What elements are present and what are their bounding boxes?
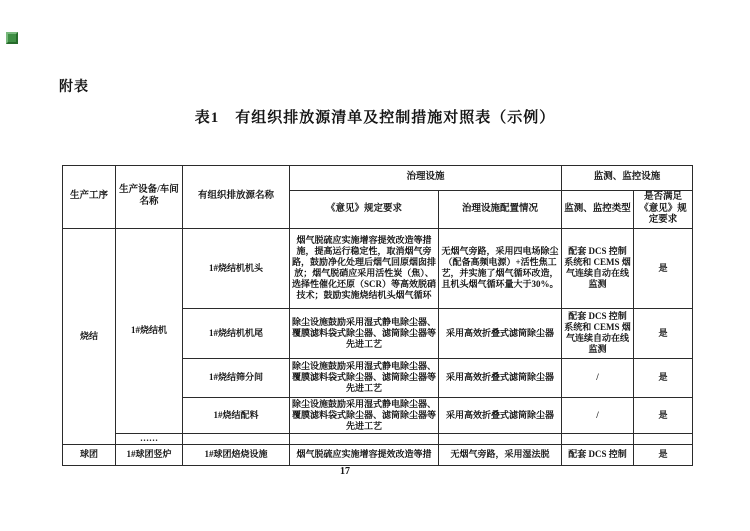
cell-monitor: 配套 DCS 控制系统和 CEMS 烟气连续自动在线监测 <box>562 308 634 358</box>
cell-meet: 是 <box>634 397 693 433</box>
cell-requirement: 除尘设施鼓励采用湿式静电除尘器、覆膜滤料袋式除尘器、滤筒除尘器等先进工艺 <box>290 308 439 358</box>
header-monitor-type: 监测、监控类型 <box>562 191 634 229</box>
emission-source-table: 生产工序 生产设备/车间名称 有组织排放源名称 治理设施 监测、监控设施 《意见… <box>62 165 693 466</box>
table-row: 烧结 1#烧结机 1#烧结机机头 烟气脱硫应实施增容提效改造等措施，提高运行稳定… <box>63 228 693 308</box>
cell-requirement: 烟气脱硫应实施增容提效改造等措 <box>290 444 439 465</box>
cell-requirement: 除尘设施鼓励采用湿式静电除尘器、覆膜滤料袋式除尘器、滤筒除尘器等先进工艺 <box>290 358 439 397</box>
table-row: …… <box>63 433 693 444</box>
header-source: 有组织排放源名称 <box>183 166 290 229</box>
cell-meet: 是 <box>634 228 693 308</box>
cell-config: 采用高效折叠式滤筒除尘器 <box>439 308 562 358</box>
cell-process-pellet: 球团 <box>63 444 116 465</box>
cell-requirement: 烟气脱硫应实施增容提效改造等措施，提高运行稳定性，取消烟气旁路，鼓励净化处理后烟… <box>290 228 439 308</box>
header-requirement: 《意见》规定要求 <box>290 191 439 229</box>
cell-source: 1#烧结筛分间 <box>183 358 290 397</box>
cell-source: 1#烧结机机尾 <box>183 308 290 358</box>
header-group-monitoring: 监测、监控设施 <box>562 166 693 191</box>
cell-monitor-empty <box>562 433 634 444</box>
green-marker <box>6 32 18 44</box>
cell-equipment-ellipsis: …… <box>116 433 183 444</box>
cell-source: 1#烧结配料 <box>183 397 290 433</box>
cell-requirement-empty <box>290 433 439 444</box>
appendix-label: 附表 <box>59 76 89 96</box>
cell-source: 1#烧结机机头 <box>183 228 290 308</box>
header-meet: 是否满足《意见》规定要求 <box>634 191 693 229</box>
cell-config: 无烟气旁路，采用湿法脱 <box>439 444 562 465</box>
cell-monitor: 配套 DCS 控制 <box>562 444 634 465</box>
cell-config: 无烟气旁路，采用四电场除尘（配备高频电源）+活性焦工艺，并实施了烟气循环改造，且… <box>439 228 562 308</box>
cell-process-sinter: 烧结 <box>63 228 116 444</box>
header-group-treatment: 治理设施 <box>290 166 562 191</box>
cell-source: 1#球团焙烧设施 <box>183 444 290 465</box>
cell-config-empty <box>439 433 562 444</box>
cell-meet: 是 <box>634 358 693 397</box>
cell-source-empty <box>183 433 290 444</box>
cell-meet: 是 <box>634 444 693 465</box>
table-title: 表1 有组织排放源清单及控制措施对照表（示例） <box>0 106 750 127</box>
cell-meet: 是 <box>634 308 693 358</box>
header-config: 治理设施配置情况 <box>439 191 562 229</box>
header-equipment: 生产设备/车间名称 <box>116 166 183 229</box>
cell-monitor: / <box>562 358 634 397</box>
header-process: 生产工序 <box>63 166 116 229</box>
cell-config: 采用高效折叠式滤筒除尘器 <box>439 358 562 397</box>
cell-equipment-sinter-machine: 1#烧结机 <box>116 228 183 433</box>
page-number: 17 <box>0 466 690 477</box>
header-row-group: 生产工序 生产设备/车间名称 有组织排放源名称 治理设施 监测、监控设施 <box>63 166 693 191</box>
cell-monitor: 配套 DCS 控制系统和 CEMS 烟气连续自动在线监测 <box>562 228 634 308</box>
table-row: 球团 1#球团竖炉 1#球团焙烧设施 烟气脱硫应实施增容提效改造等措 无烟气旁路… <box>63 444 693 465</box>
cell-monitor: / <box>562 397 634 433</box>
cell-requirement: 除尘设施鼓励采用湿式静电除尘器、覆膜滤料袋式除尘器、滤筒除尘器等先进工艺 <box>290 397 439 433</box>
cell-equipment-pellet-furnace: 1#球团竖炉 <box>116 444 183 465</box>
cell-meet-empty <box>634 433 693 444</box>
cell-config: 采用高效折叠式滤筒除尘器 <box>439 397 562 433</box>
